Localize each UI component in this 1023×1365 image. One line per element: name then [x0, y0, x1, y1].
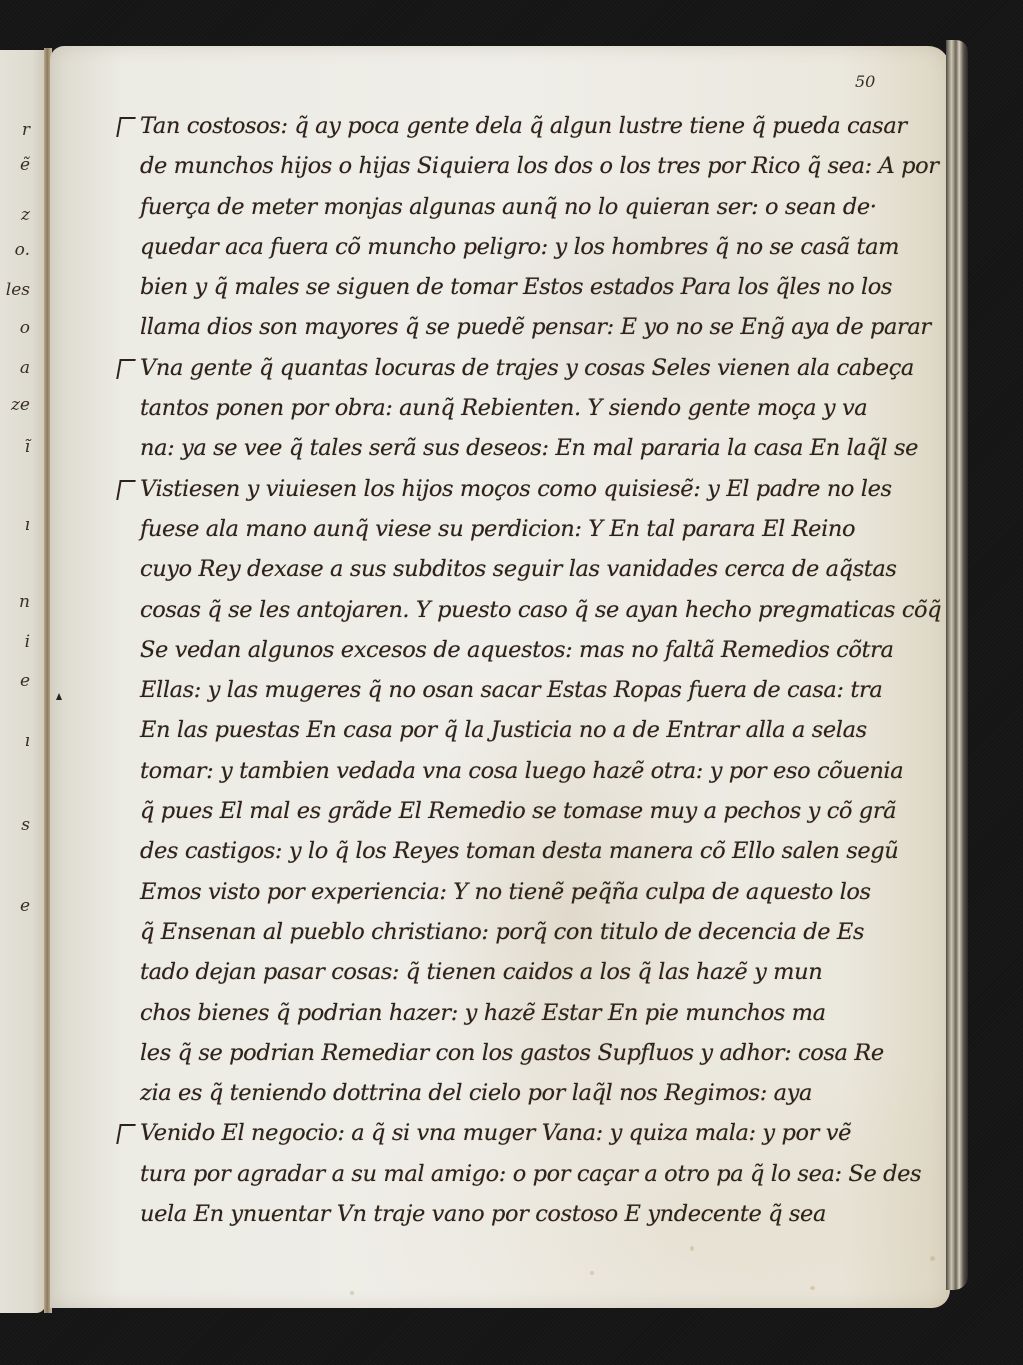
foxing-stain	[690, 1246, 694, 1251]
left-page-text-fragment: i	[0, 632, 30, 652]
left-page-text-fragment: ı	[0, 731, 30, 751]
manuscript-line: fuerça de meter monjas algunas aunq̃ no …	[118, 187, 948, 227]
foxing-stain	[590, 1271, 594, 1275]
manuscript-line: cosas q̃ se les antojaren. Y puesto caso…	[118, 590, 948, 630]
manuscript-line: tomar: y tambien vedada vna cosa luego h…	[118, 751, 948, 791]
manuscript-line: les q̃ se podrian Remediar con los gasto…	[118, 1033, 948, 1073]
left-page-text-fragment: r	[0, 120, 30, 140]
foxing-stain	[350, 1291, 354, 1295]
binding-thread-mark	[56, 693, 62, 700]
manuscript-line: tado dejan pasar cosas: q̃ tienen caidos…	[118, 952, 948, 992]
manuscript-text-block: Tan costosos: q̃ ay poca gente dela q̃ a…	[118, 106, 948, 1234]
left-page-text-fragment: e	[0, 896, 30, 916]
manuscript-line: cuyo Rey dexase a sus subditos seguir la…	[118, 549, 948, 589]
left-page-text-fragment: n	[0, 592, 30, 612]
folio-number: 50	[855, 72, 875, 91]
manuscript-line: zia es q̃ teniendo dottrina del cielo po…	[118, 1073, 948, 1113]
left-page-text-fragment: e	[0, 671, 30, 691]
manuscript-line: tura por agradar a su mal amigo: o por c…	[118, 1154, 948, 1194]
left-page-text-fragment: ı	[0, 515, 30, 535]
manuscript-line: Se vedan algunos excesos de aquestos: ma…	[118, 630, 948, 670]
foxing-stain	[930, 1256, 935, 1261]
manuscript-line: de munchos hijos o hijas Siquiera los do…	[118, 146, 948, 186]
manuscript-line: Venido El negocio: a q̃ si vna muger Van…	[118, 1113, 948, 1153]
page-block-edge	[946, 40, 968, 1290]
manuscript-line: llama dios son mayores q̃ se puedẽ pensa…	[118, 307, 948, 347]
manuscript-line: Ellas: y las mugeres q̃ no osan sacar Es…	[118, 670, 948, 710]
left-page-text-fragment: ze	[0, 395, 30, 415]
manuscript-line: des castigos: y lo q̃ los Reyes toman de…	[118, 831, 948, 871]
manuscript-line: Emos visto por experiencia: Y no tienẽ p…	[118, 872, 948, 912]
manuscript-line: q̃ pues El mal es grãde El Remedio se to…	[118, 791, 948, 831]
manuscript-line: En las puestas En casa por q̃ la Justici…	[118, 710, 948, 750]
left-page-text-fragment: les	[0, 280, 30, 300]
manuscript-line: Vna gente q̃ quantas locuras de trajes y…	[118, 348, 948, 388]
manuscript-line: q̃ Ensenan al pueblo christiano: porq̃ c…	[118, 912, 948, 952]
manuscript-line: Tan costosos: q̃ ay poca gente dela q̃ a…	[118, 106, 948, 146]
left-page-text-fragment: z	[0, 205, 30, 225]
left-page-text-fragment: s	[0, 815, 30, 835]
manuscript-line: tantos ponen por obra: aunq̃ Rebienten. …	[118, 388, 948, 428]
manuscript-line: na: ya se vee q̃ tales serã sus deseos: …	[118, 428, 948, 468]
manuscript-line: uela En ynuentar Vn traje vano por costo…	[118, 1194, 948, 1234]
manuscript-line: Vistiesen y viuiesen los hijos moços com…	[118, 469, 948, 509]
left-page-text-fragment: o	[0, 318, 30, 338]
left-page-text-fragment: a	[0, 358, 30, 378]
left-page-verso: rẽzo.lesoazeĩınieıse	[0, 50, 46, 1313]
foxing-stain	[810, 1286, 815, 1290]
manuscript-line: quedar aca fuera cõ muncho peligro: y lo…	[118, 227, 948, 267]
manuscript-line: fuese ala mano aunq̃ viese su perdicion:…	[118, 509, 948, 549]
left-page-text-fragment: o.	[0, 240, 30, 260]
left-page-text-fragment: ẽ	[0, 155, 30, 175]
manuscript-line: bien y q̃ males se siguen de tomar Estos…	[118, 267, 948, 307]
left-page-text-fragment: ĩ	[0, 437, 30, 457]
manuscript-line: chos bienes q̃ podrian hazer: y hazẽ Est…	[118, 993, 948, 1033]
